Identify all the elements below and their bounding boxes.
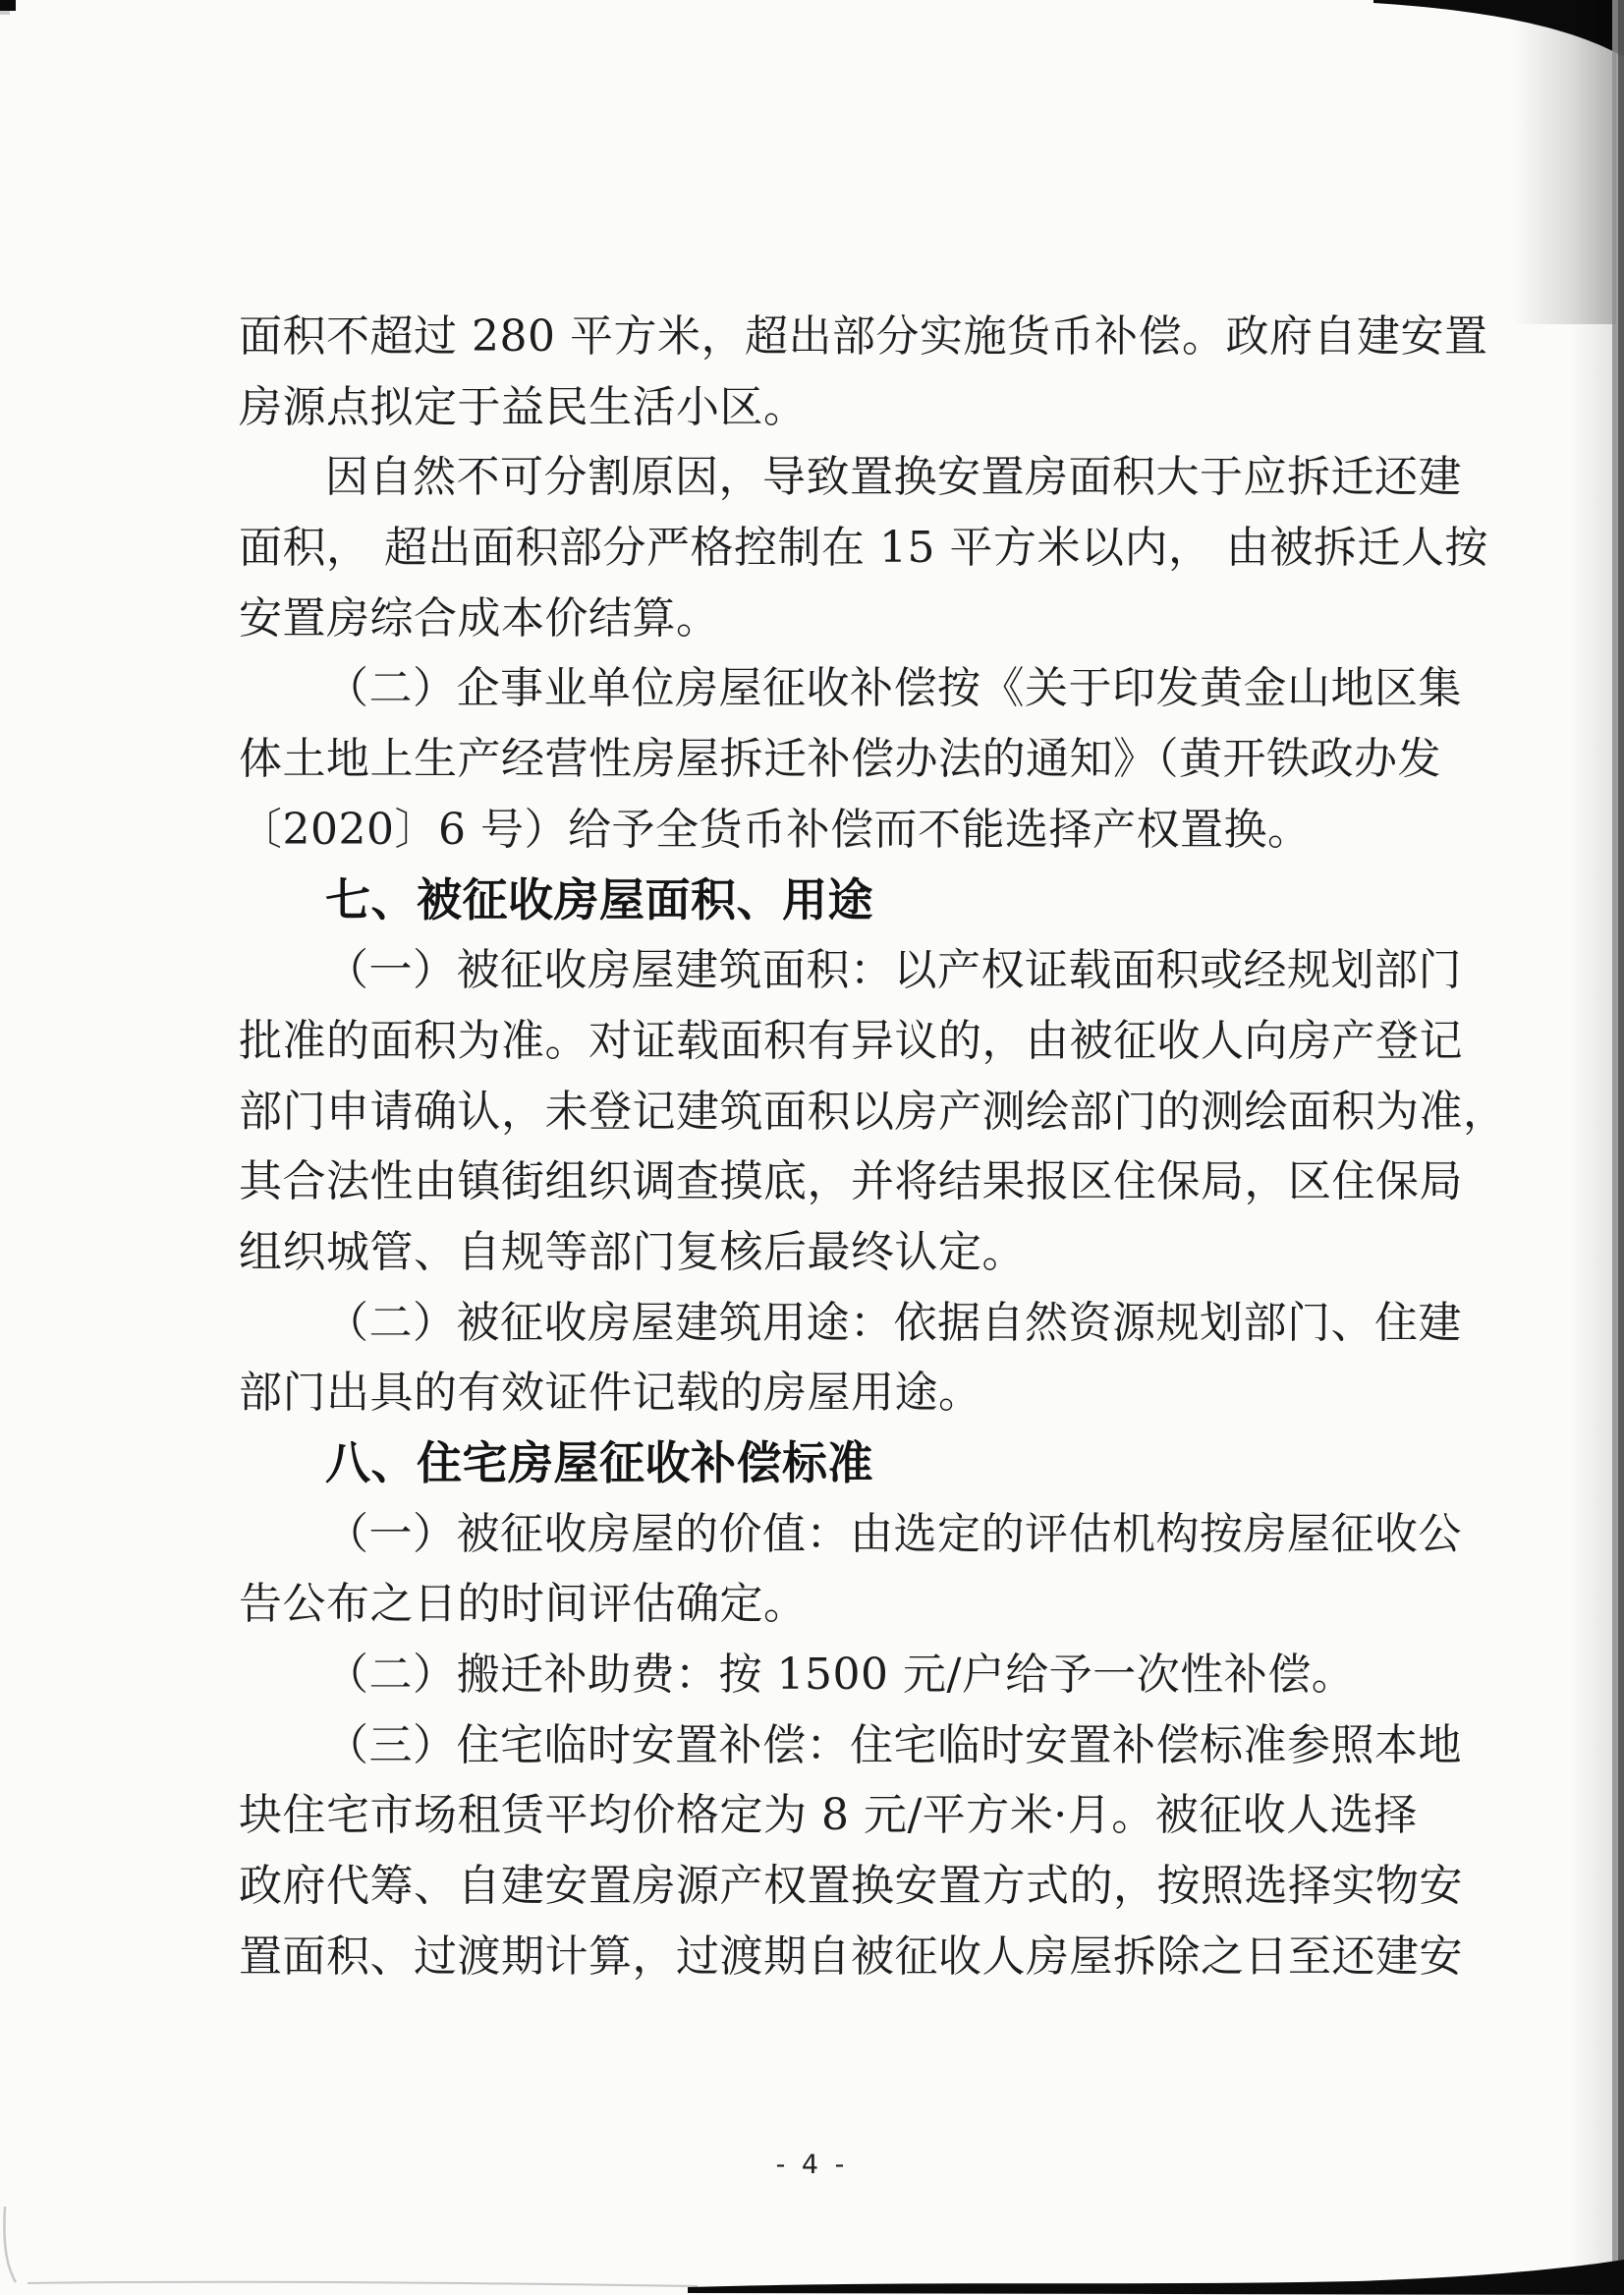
section-heading: 七、被征收房屋面积、用途 <box>239 866 1465 936</box>
scanned-document-page: 面积不超过 280 平方米，超出部分实施货币补偿。政府自建安置房源点拟定于益民生… <box>0 0 1624 2295</box>
scan-edge-right-line <box>1618 0 1624 2295</box>
text-line: 组织城管、自规等部门复核后最终认定。 <box>239 1217 1465 1288</box>
scan-edge-bottom-left <box>4 2207 16 2282</box>
text-line: 安置房综合成本价结算。 <box>239 584 1465 654</box>
text-line: 房源点拟定于益民生活小区。 <box>239 372 1465 443</box>
text-line: 面积不超过 280 平方米，超出部分实施货币补偿。政府自建安置 <box>239 302 1465 372</box>
section-heading: 八、住宅房屋征收补偿标准 <box>239 1428 1465 1499</box>
document-body: 面积不超过 280 平方米，超出部分实施货币补偿。政府自建安置房源点拟定于益民生… <box>239 302 1465 1992</box>
text-line: （二）被征收房屋建筑用途：依据自然资源规划部门、住建 <box>239 1288 1465 1359</box>
scan-mark-top-left-fringe <box>0 11 10 15</box>
text-line: 置面积、过渡期计算，过渡期自被征收人房屋拆除之日至还建安 <box>239 1922 1465 1992</box>
scan-shadow-bottom-faint <box>28 2282 698 2286</box>
text-line: 部门出具的有效证件记载的房屋用途。 <box>239 1358 1465 1428</box>
scan-edge-right-strip <box>1612 0 1624 2295</box>
text-line: 批准的面积为准。对证载面积有异议的，由被征收人向房产登记 <box>239 1006 1465 1077</box>
text-line: 〔2020〕6 号）给予全货币补偿而不能选择产权置换。 <box>239 795 1465 866</box>
scan-mark-top-left <box>0 0 16 11</box>
text-line: （三）住宅临时安置补偿：住宅临时安置补偿标准参照本地 <box>239 1710 1465 1781</box>
text-line: （二）搬迁补助费：按 1500 元/户给予一次性补偿。 <box>239 1640 1465 1710</box>
text-line: 告公布之日的时间评估确定。 <box>239 1569 1465 1640</box>
text-line: （二）企事业单位房屋征收补偿按《关于印发黄金山地区集 <box>239 653 1465 724</box>
scan-shade-top-right-corner <box>1513 0 1616 324</box>
page-number: - 4 - <box>0 2150 1624 2180</box>
text-line: 部门申请确认，未登记建筑面积以房产测绘部门的测绘面积为准， <box>239 1077 1465 1147</box>
text-line: （一）被征收房屋建筑面积：以产权证载面积或经规划部门 <box>239 935 1465 1006</box>
scan-shadow-top-right <box>1373 0 1624 57</box>
text-line: （一）被征收房屋的价值：由选定的评估机构按房屋征收公 <box>239 1499 1465 1570</box>
text-line: 因自然不可分割原因，导致置换安置房面积大于应拆迁还建 <box>239 442 1465 513</box>
text-line: 面积， 超出面积部分严格控制在 15 平方米以内， 由被拆迁人按 <box>239 513 1465 584</box>
scan-shade-right-edge <box>1570 0 1616 2295</box>
text-line: 其合法性由镇街组织调查摸底，并将结果报区住保局，区住保局 <box>239 1147 1465 1217</box>
text-line: 政府代筹、自建安置房源产权置换安置方式的，按照选择实物安 <box>239 1851 1465 1922</box>
scan-shadow-bottom-band <box>688 2260 1624 2295</box>
text-line: 块住宅市场租赁平均价格定为 8 元/平方米·月。被征收人选择 <box>239 1780 1465 1851</box>
text-line: 体土地上生产经营性房屋拆迁补偿办法的通知》（黄开铁政办发 <box>239 724 1465 795</box>
